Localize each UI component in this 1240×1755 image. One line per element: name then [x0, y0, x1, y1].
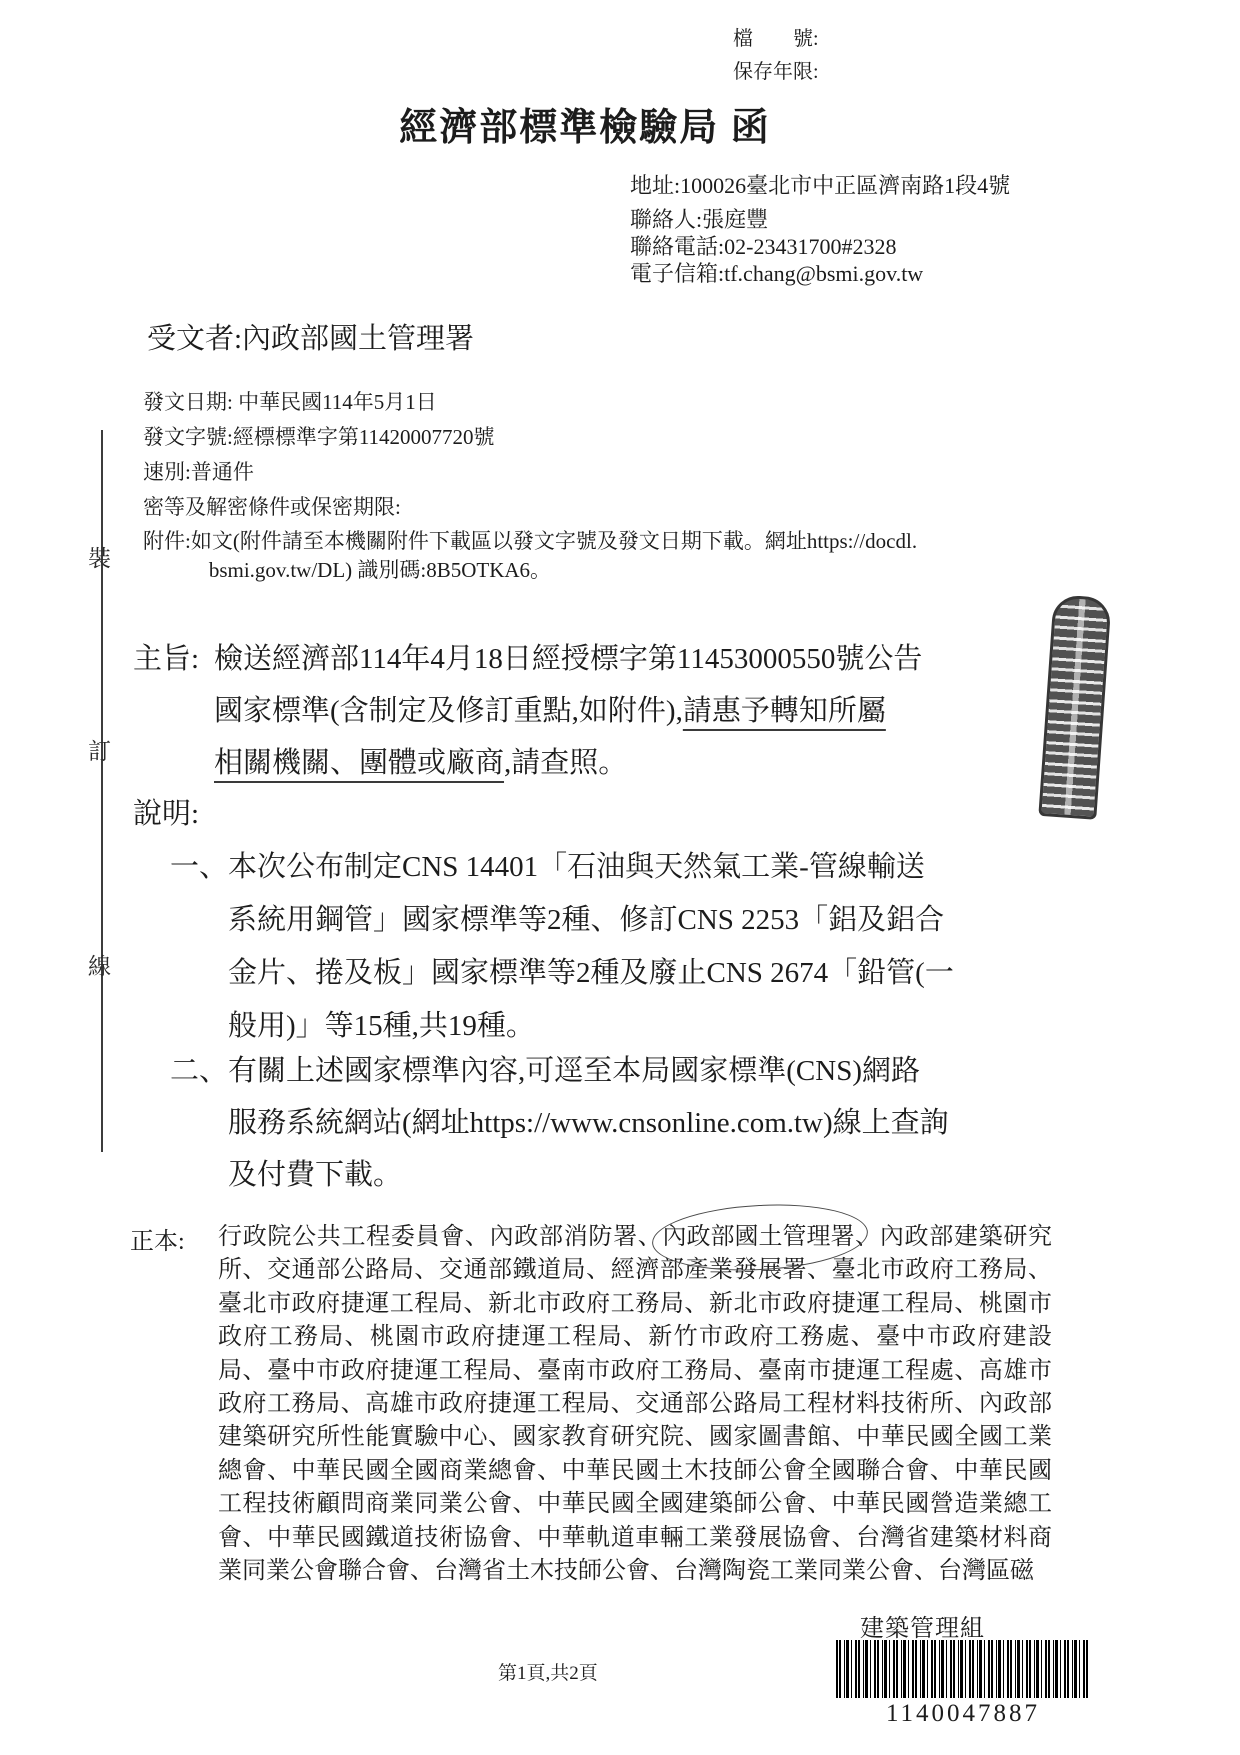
subject-label: 主旨: [133, 636, 199, 677]
explanation-item-1-line-4: 般用)」等15種,共19種。 [228, 1003, 535, 1044]
explanation-item-2-line-1: 有關上述國家標準內容,可逕至本局國家標準(CNS)網路 [228, 1048, 920, 1089]
attachment-row: 附件: 如文(附件請至本機關附件下載區以發文字號及發文日期下載。網址https:… [143, 527, 917, 585]
explanation-item-1-number: 一、 [170, 844, 228, 885]
priority-line: 速別:普通件 [143, 456, 254, 486]
explanation-item-2-line-2: 服務系統網站(網址https://www.cnsonline.com.tw)線上… [228, 1100, 949, 1141]
binding-char-ding: 訂 [88, 733, 111, 766]
document-number-line: 發文字號:經標標準字第11420007720號 [143, 421, 495, 451]
explanation-item-1-line-2: 系統用鋼管」國家標準等2種、修訂CNS 2253「鋁及鋁合 [228, 897, 944, 938]
sender-address: 地址:100026臺北市中正區濟南路1段4號 [630, 172, 1010, 199]
explanation-item-2-number: 二、 [170, 1048, 228, 1089]
file-number-label: 檔 號: [733, 22, 819, 51]
sender-contact-email: 電子信箱:tf.chang@bsmi.gov.tw [630, 260, 1010, 287]
circled-recipient: 內政部國土管理署 [662, 1221, 854, 1254]
unit-stamp: 建築管理組 [860, 1608, 985, 1643]
subject-line-1: 檢送經濟部114年4月18日經授標字第11453000550號公告 [214, 636, 922, 677]
attachment-text-line-2: bsmi.gov.tw/DL) 識別碼:8B5OTKA6。 [191, 556, 917, 585]
retention-period-label: 保存年限: [733, 55, 819, 84]
explanation-item-2-line-3: 及付費下載。 [228, 1152, 402, 1193]
page-number: 第1頁,共2頁 [498, 1658, 598, 1685]
letter-title: 經濟部標準檢驗局 函 [0, 96, 1170, 151]
explanation-label: 說明: [133, 791, 199, 832]
copy-to-recipients-after: 、內政部建築研究所、交通部公路局、交通部鐵道局、經濟部產業發展署、臺北市政府工務… [218, 1224, 1052, 1584]
subject-underlined-phrase-2: 相關機關、團體或廠商 [214, 747, 504, 779]
subject-line-3-text: ,請查照。 [504, 747, 627, 779]
scanned-letter-page: 檔 號: 保存年限: 經濟部標準檢驗局 函 地址:100026臺北市中正區濟南路… [0, 0, 1240, 1755]
copy-to-recipients: 行政院公共工程委員會、內政部消防署、內政部國土管理署、內政部建築研究所、交通部公… [218, 1221, 1052, 1588]
attachment-label: 附件: [143, 527, 191, 585]
copy-to-recipients-before: 行政院公共工程委員會、內政部消防署、 [218, 1224, 662, 1250]
sender-contact-phone: 聯絡電話:02-23431700#2328 [630, 233, 1010, 260]
attachment-text: 如文(附件請至本機關附件下載區以發文字號及發文日期下載。網址https://do… [191, 527, 917, 585]
sender-contact-person: 聯絡人:張庭豐 [630, 206, 1010, 233]
attachment-text-line-1: 如文(附件請至本機關附件下載區以發文字號及發文日期下載。網址https://do… [191, 527, 917, 556]
binding-line [101, 430, 103, 1152]
sender-contact-block: 地址:100026臺北市中正區濟南路1段4號 聯絡人:張庭豐 聯絡電話:02-2… [630, 172, 1010, 287]
subject-line-2: 國家標準(含制定及修訂重點,如附件),請惠予轉知所屬 [214, 688, 886, 729]
copy-to-label: 正本: [130, 1221, 185, 1256]
received-stamp [1038, 594, 1111, 820]
issue-date-line: 發文日期: 中華民國114年5月1日 [143, 386, 437, 416]
subject-line-3: 相關機關、團體或廠商,請查照。 [214, 740, 627, 781]
explanation-item-1-line-1: 本次公布制定CNS 14401「石油與天然氣工業-管線輸送 [228, 844, 925, 885]
recipient-line: 受文者:內政部國土管理署 [147, 316, 474, 357]
subject-line-2-text: 國家標準(含制定及修訂重點,如附件), [214, 695, 683, 727]
binding-char-zhuang: 裝 [88, 540, 111, 573]
explanation-item-1-line-3: 金片、捲及板」國家標準等2種及廢止CNS 2674「鉛管(一 [228, 950, 954, 991]
subject-underlined-phrase-1: 請惠予轉知所屬 [683, 695, 886, 727]
security-classification-line: 密等及解密條件或保密期限: [143, 491, 401, 521]
barcode-number: 1140047887 [836, 1700, 1090, 1728]
barcode [836, 1640, 1090, 1698]
binding-char-xian: 線 [88, 948, 111, 981]
